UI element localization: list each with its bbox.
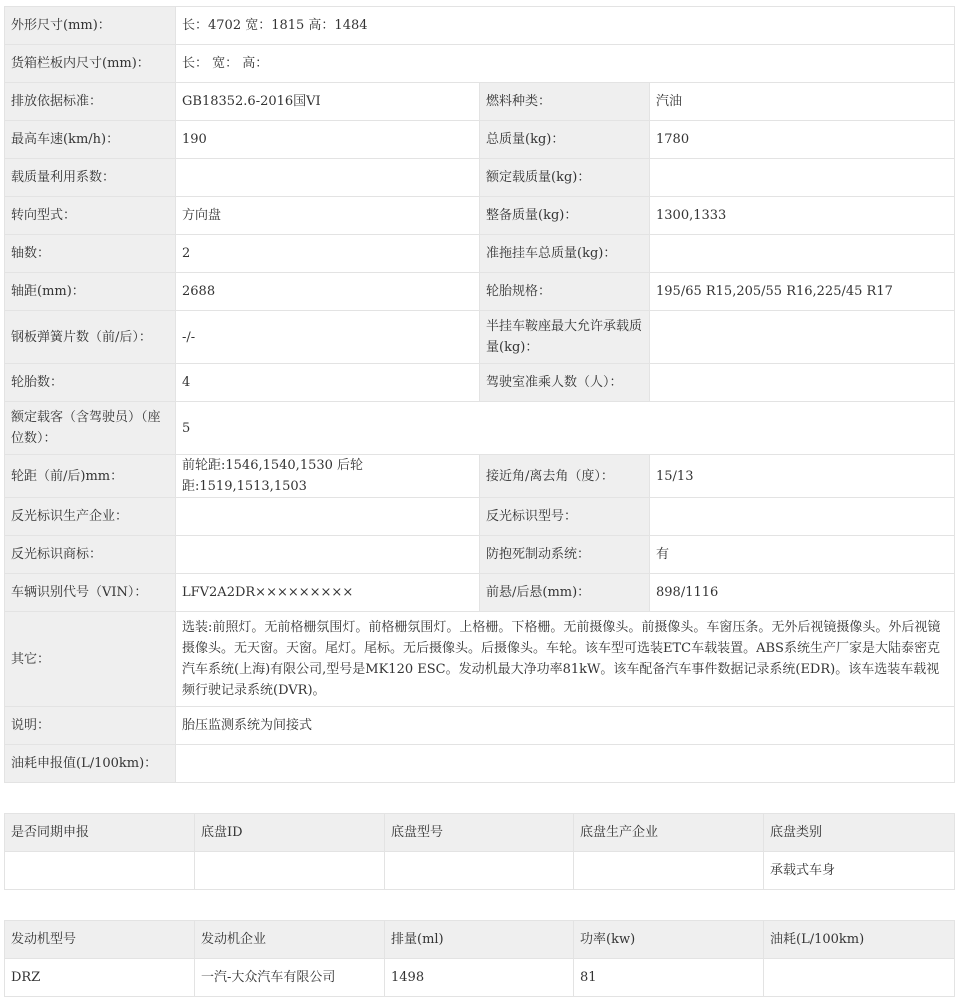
cell-displacement: 1498 (385, 959, 574, 997)
header-chassis-type: 底盘类别 (764, 814, 955, 852)
table-row: 轮胎数： 4 驾驶室准乘人数（人）： (5, 364, 955, 402)
header-power: 功率(kw) (574, 921, 764, 959)
value-axle-count: 2 (176, 235, 480, 273)
value-fuel-consumption (176, 745, 955, 783)
cell-chassis-model (385, 852, 574, 890)
cell-fuel-consumption (764, 959, 955, 997)
label-reflector-model: 反光标识型号： (480, 498, 650, 536)
label-track-width: 轮距（前/后)mm： (5, 455, 176, 498)
value-wheelbase: 2688 (176, 273, 480, 311)
table-row: 额定载客（含驾驶员）（座位数）： 5 (5, 402, 955, 455)
table-row: 转向型式： 方向盘 整备质量(kg)： 1300,1333 (5, 197, 955, 235)
value-seating-capacity: 5 (176, 402, 955, 455)
label-cab-capacity: 驾驶室准乘人数（人）： (480, 364, 650, 402)
value-trailer-mass (650, 235, 955, 273)
table-row: 反光标识生产企业： 反光标识型号： (5, 498, 955, 536)
table-row: 反光标识商标： 防抱死制动系统： 有 (5, 536, 955, 574)
label-axle-count: 轴数： (5, 235, 176, 273)
value-emission-standard: GB18352.6-2016国VI (176, 83, 480, 121)
spacer (4, 890, 954, 920)
label-leaf-springs: 钢板弹簧片数（前/后）： (5, 311, 176, 364)
table-row: DRZ 一汽-大众汽车有限公司 1498 81 (5, 959, 955, 997)
label-other: 其它： (5, 612, 176, 707)
label-load-utilization: 载质量利用系数： (5, 159, 176, 197)
label-emission-standard: 排放依据标准： (5, 83, 176, 121)
label-fuel-type: 燃料种类： (480, 83, 650, 121)
header-fuel-consumption: 油耗(L/100km) (764, 921, 955, 959)
cell-concurrent-filing (5, 852, 195, 890)
value-vin: LFV2A2DR××××××××× (176, 574, 480, 612)
value-fuel-type: 汽油 (650, 83, 955, 121)
label-wheelbase: 轴距(mm)： (5, 273, 176, 311)
value-reflector-brand (176, 536, 480, 574)
label-tire-count: 轮胎数： (5, 364, 176, 402)
value-fifth-wheel-load (650, 311, 955, 364)
header-chassis-id: 底盘ID (195, 814, 385, 852)
value-tire-count: 4 (176, 364, 480, 402)
label-rated-load: 额定载质量(kg)： (480, 159, 650, 197)
cell-engine-manufacturer: 一汽-大众汽车有限公司 (195, 959, 385, 997)
table-row: 说明： 胎压监测系统为间接式 (5, 707, 955, 745)
cell-engine-model: DRZ (5, 959, 195, 997)
label-abs: 防抱死制动系统： (480, 536, 650, 574)
label-vin: 车辆识别代号（VIN）： (5, 574, 176, 612)
label-cargo-box-dimensions: 货箱栏板内尺寸(mm)： (5, 45, 176, 83)
value-tire-spec: 195/65 R15,205/55 R16,225/45 R17 (650, 273, 955, 311)
label-curb-weight: 整备质量(kg)： (480, 197, 650, 235)
value-outer-dimensions: 长：4702 宽：1815 高：1484 (176, 7, 955, 45)
value-steering-type: 方向盘 (176, 197, 480, 235)
table-row: 外形尺寸(mm)： 长：4702 宽：1815 高：1484 (5, 7, 955, 45)
value-other: 选装:前照灯。无前格栅氛围灯。前格栅氛围灯。上格栅。下格栅。无前摄像头。前摄像头… (176, 612, 955, 707)
header-engine-manufacturer: 发动机企业 (195, 921, 385, 959)
label-max-speed: 最高车速(km/h)： (5, 121, 176, 159)
table-row: 排放依据标准： GB18352.6-2016国VI 燃料种类： 汽油 (5, 83, 955, 121)
label-notes: 说明： (5, 707, 176, 745)
vehicle-params-table: 外形尺寸(mm)： 长：4702 宽：1815 高：1484 货箱栏板内尺寸(m… (4, 6, 955, 783)
table-row: 最高车速(km/h)： 190 总质量(kg)： 1780 (5, 121, 955, 159)
engine-table: 发动机型号 发动机企业 排量(ml) 功率(kw) 油耗(L/100km) DR… (4, 920, 955, 997)
label-trailer-mass: 准拖挂车总质量(kg)： (480, 235, 650, 273)
table-row: 轴数： 2 准拖挂车总质量(kg)： (5, 235, 955, 273)
spacer (4, 783, 954, 813)
table-row: 轮距（前/后)mm： 前轮距:1546,1540,1530 后轮距:1519,1… (5, 455, 955, 498)
table-header-row: 发动机型号 发动机企业 排量(ml) 功率(kw) 油耗(L/100km) (5, 921, 955, 959)
value-approach-departure-angle: 15/13 (650, 455, 955, 498)
cell-chassis-type: 承载式车身 (764, 852, 955, 890)
cell-power: 81 (574, 959, 764, 997)
table-row: 承载式车身 (5, 852, 955, 890)
cell-chassis-manufacturer (574, 852, 764, 890)
value-overhang: 898/1116 (650, 574, 955, 612)
table-row: 其它： 选装:前照灯。无前格栅氛围灯。前格栅氛围灯。上格栅。下格栅。无前摄像头。… (5, 612, 955, 707)
label-overhang: 前悬/后悬(mm)： (480, 574, 650, 612)
value-abs: 有 (650, 536, 955, 574)
label-steering-type: 转向型式： (5, 197, 176, 235)
value-curb-weight: 1300,1333 (650, 197, 955, 235)
value-gross-mass: 1780 (650, 121, 955, 159)
label-outer-dimensions: 外形尺寸(mm)： (5, 7, 176, 45)
value-leaf-springs: -/- (176, 311, 480, 364)
cell-chassis-id (195, 852, 385, 890)
header-chassis-manufacturer: 底盘生产企业 (574, 814, 764, 852)
header-chassis-model: 底盘型号 (385, 814, 574, 852)
label-fifth-wheel-load: 半挂车鞍座最大允许承载质量(kg)： (480, 311, 650, 364)
table-row: 油耗申报值(L/100km)： (5, 745, 955, 783)
value-reflector-model (650, 498, 955, 536)
value-notes: 胎压监测系统为间接式 (176, 707, 955, 745)
label-reflector-manufacturer: 反光标识生产企业： (5, 498, 176, 536)
label-tire-spec: 轮胎规格： (480, 273, 650, 311)
value-cab-capacity (650, 364, 955, 402)
value-load-utilization (176, 159, 480, 197)
value-reflector-manufacturer (176, 498, 480, 536)
table-row: 货箱栏板内尺寸(mm)： 长： 宽： 高： (5, 45, 955, 83)
header-concurrent-filing: 是否同期申报 (5, 814, 195, 852)
table-row: 钢板弹簧片数（前/后）： -/- 半挂车鞍座最大允许承载质量(kg)： (5, 311, 955, 364)
label-gross-mass: 总质量(kg)： (480, 121, 650, 159)
value-rated-load (650, 159, 955, 197)
label-approach-departure-angle: 接近角/离去角（度）： (480, 455, 650, 498)
table-row: 轴距(mm)： 2688 轮胎规格： 195/65 R15,205/55 R16… (5, 273, 955, 311)
label-fuel-consumption: 油耗申报值(L/100km)： (5, 745, 176, 783)
value-cargo-box-dimensions: 长： 宽： 高： (176, 45, 955, 83)
table-row: 载质量利用系数： 额定载质量(kg)： (5, 159, 955, 197)
table-row: 车辆识别代号（VIN）： LFV2A2DR××××××××× 前悬/后悬(mm)… (5, 574, 955, 612)
value-max-speed: 190 (176, 121, 480, 159)
label-reflector-brand: 反光标识商标： (5, 536, 176, 574)
table-header-row: 是否同期申报 底盘ID 底盘型号 底盘生产企业 底盘类别 (5, 814, 955, 852)
header-displacement: 排量(ml) (385, 921, 574, 959)
value-track-width: 前轮距:1546,1540,1530 后轮距:1519,1513,1503 (176, 455, 480, 498)
label-seating-capacity: 额定载客（含驾驶员）（座位数）： (5, 402, 176, 455)
page: 外形尺寸(mm)： 长：4702 宽：1815 高：1484 货箱栏板内尺寸(m… (0, 0, 960, 997)
chassis-table: 是否同期申报 底盘ID 底盘型号 底盘生产企业 底盘类别 承载式车身 (4, 813, 955, 890)
header-engine-model: 发动机型号 (5, 921, 195, 959)
